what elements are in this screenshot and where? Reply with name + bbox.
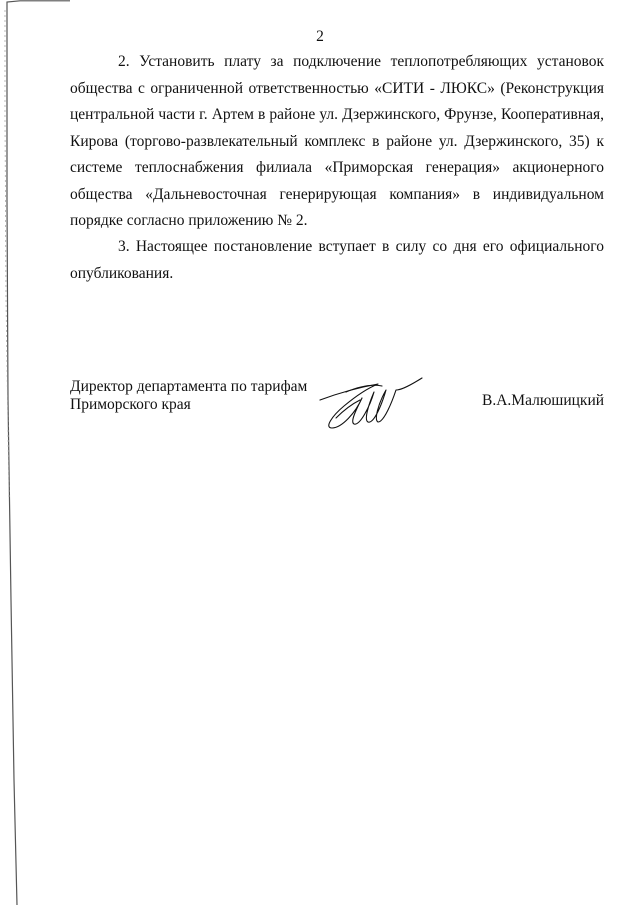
signatory-title: Директор департамента по тарифам Приморс… xyxy=(70,378,307,414)
paragraph-text: 2. Установить плату за подключение тепло… xyxy=(70,53,604,229)
paragraph-item-3: 3. Настоящее постановление вступает в си… xyxy=(70,234,604,287)
paragraph-text: 3. Настоящее постановление вступает в си… xyxy=(70,238,604,282)
signature-icon xyxy=(316,376,426,440)
paragraph-item-2: 2. Установить плату за подключение тепло… xyxy=(70,49,604,235)
signatory-name: В.А.Малюшицкий xyxy=(482,392,604,410)
signatory-title-line-1: Директор департамента по тарифам xyxy=(70,378,307,396)
page-number: 2 xyxy=(0,28,640,46)
signatory-title-line-2: Приморского края xyxy=(70,396,307,414)
